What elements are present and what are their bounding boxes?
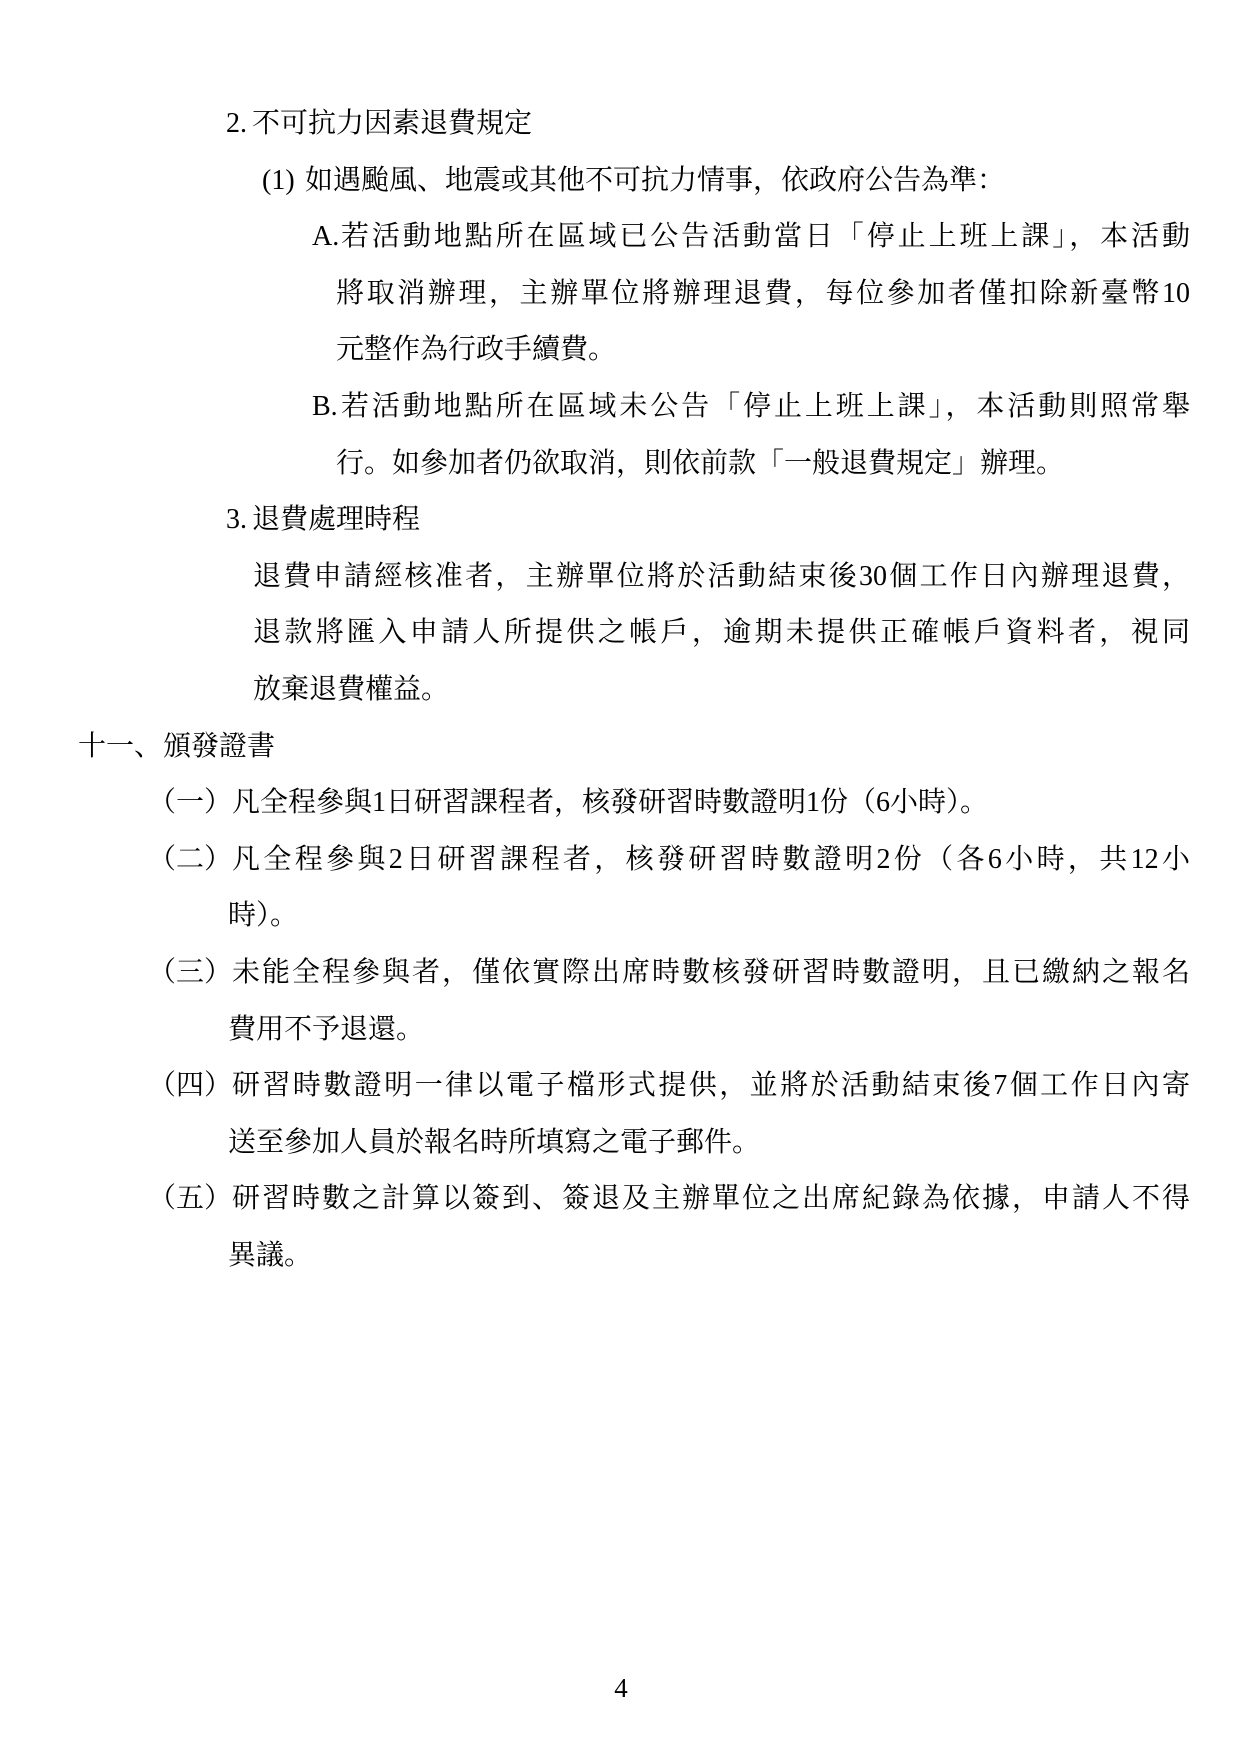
cert-item-1-label: （一） [148,775,232,832]
section-2-heading: 2. 不可抗力因素退費規定 [226,96,1242,153]
section-11-heading: 十一、 頒發證書 [78,719,1242,776]
document-body: 2. 不可抗力因素退費規定 (1) 如遇颱風、地震或其他不可抗力情事，依政府公告… [0,0,1242,1284]
cert-item-4-text-2: 送至參加人員於報名時所填寫之電子郵件。 [228,1115,760,1172]
item-b-line-1: B. 若活動地點所在區域未公告「停止上班上課」，本活動則照常舉 [312,379,1190,436]
section-3-text-3: 放棄退費權益。 [253,662,449,719]
item-b-line-2: 行。如參加者仍欲取消，則依前款「一般退費規定」辦理。 [336,436,1242,493]
cert-item-4-line-2: 送至參加人員於報名時所填寫之電子郵件。 [228,1115,1242,1172]
item-b-label: B. [312,379,341,436]
section-3-text-1: 退費申請經核准者，主辦單位將於活動結束後30個工作日內辦理退費， [253,549,1190,606]
cert-item-4-line-1: （四） 研習時數證明一律以電子檔形式提供，並將於活動結束後7個工作日內寄 [148,1058,1190,1115]
cert-item-3-label: （三） [148,945,232,1002]
section-3-heading: 3. 退費處理時程 [226,492,1242,549]
cert-item-5-text-2: 異議。 [228,1228,312,1285]
cert-item-2-line-1: （二） 凡全程參與2日研習課程者，核發研習時數證明2份（各6小時，共12小 [148,832,1190,889]
cert-item-4-text-1: 研習時數證明一律以電子檔形式提供，並將於活動結束後7個工作日內寄 [232,1058,1190,1115]
cert-item-3-text-1: 未能全程參與者，僅依實際出席時數核發研習時數證明，且已繳納之報名 [232,945,1190,1002]
item-a-line-3: 元整作為行政手續費。 [336,322,1242,379]
section-3-line-3: 放棄退費權益。 [253,662,1242,719]
item-a-text-3: 元整作為行政手續費。 [336,322,616,379]
item-b-text-2: 行。如參加者仍欲取消，則依前款「一般退費規定」辦理。 [336,436,1064,493]
section-3-text-2: 退款將匯入申請人所提供之帳戶，逾期未提供正確帳戶資料者，視同 [253,605,1190,662]
item-b-text-1: 若活動地點所在區域未公告「停止上班上課」，本活動則照常舉 [341,379,1190,436]
clause-1-label: (1) [262,153,305,210]
section-2-title: 不可抗力因素退費規定 [252,96,532,153]
section-3-line-2: 退款將匯入申請人所提供之帳戶，逾期未提供正確帳戶資料者，視同 [253,605,1190,662]
cert-item-1-text-1: 凡全程參與1日研習課程者，核發研習時數證明1份（6小時）。 [232,775,988,832]
section-11-title: 頒發證書 [163,719,275,776]
page-number: 4 [0,1668,1242,1708]
document-page: 2. 不可抗力因素退費規定 (1) 如遇颱風、地震或其他不可抗力情事，依政府公告… [0,0,1242,1756]
clause-1-text: 如遇颱風、地震或其他不可抗力情事，依政府公告為準： [305,153,1005,210]
cert-item-3-line-2: 費用不予退還。 [228,1002,1242,1059]
item-a-text-2: 將取消辦理，主辦單位將辦理退費，每位參加者僅扣除新臺幣10 [336,266,1190,323]
section-3-number: 3. [226,492,252,549]
cert-item-3-line-1: （三） 未能全程參與者，僅依實際出席時數核發研習時數證明，且已繳納之報名 [148,945,1190,1002]
cert-item-2-text-2: 時）。 [228,888,298,945]
cert-item-5-line-2: 異議。 [228,1228,1242,1285]
item-a-label: A. [312,209,341,266]
cert-item-2-label: （二） [148,832,232,889]
cert-item-2-line-2: 時）。 [228,888,1242,945]
item-a-line-1: A. 若活動地點所在區域已公告活動當日「停止上班上課」，本活動 [312,209,1190,266]
clause-1-line: (1) 如遇颱風、地震或其他不可抗力情事，依政府公告為準： [262,153,1242,210]
section-3-title: 退費處理時程 [252,492,420,549]
item-a-text-1: 若活動地點所在區域已公告活動當日「停止上班上課」，本活動 [341,209,1190,266]
section-2-number: 2. [226,96,252,153]
section-11-number: 十一、 [78,719,163,776]
cert-item-4-label: （四） [148,1058,232,1115]
cert-item-1-line-1: （一） 凡全程參與1日研習課程者，核發研習時數證明1份（6小時）。 [148,775,1242,832]
cert-item-3-text-2: 費用不予退還。 [228,1002,424,1059]
cert-item-5-line-1: （五） 研習時數之計算以簽到、簽退及主辦單位之出席紀錄為依據，申請人不得 [148,1171,1190,1228]
cert-item-5-label: （五） [148,1171,232,1228]
item-a-line-2: 將取消辦理，主辦單位將辦理退費，每位參加者僅扣除新臺幣10 [336,266,1190,323]
cert-item-5-text-1: 研習時數之計算以簽到、簽退及主辦單位之出席紀錄為依據，申請人不得 [232,1171,1190,1228]
cert-item-2-text-1: 凡全程參與2日研習課程者，核發研習時數證明2份（各6小時，共12小 [232,832,1190,889]
section-3-line-1: 退費申請經核准者，主辦單位將於活動結束後30個工作日內辦理退費， [253,549,1190,606]
